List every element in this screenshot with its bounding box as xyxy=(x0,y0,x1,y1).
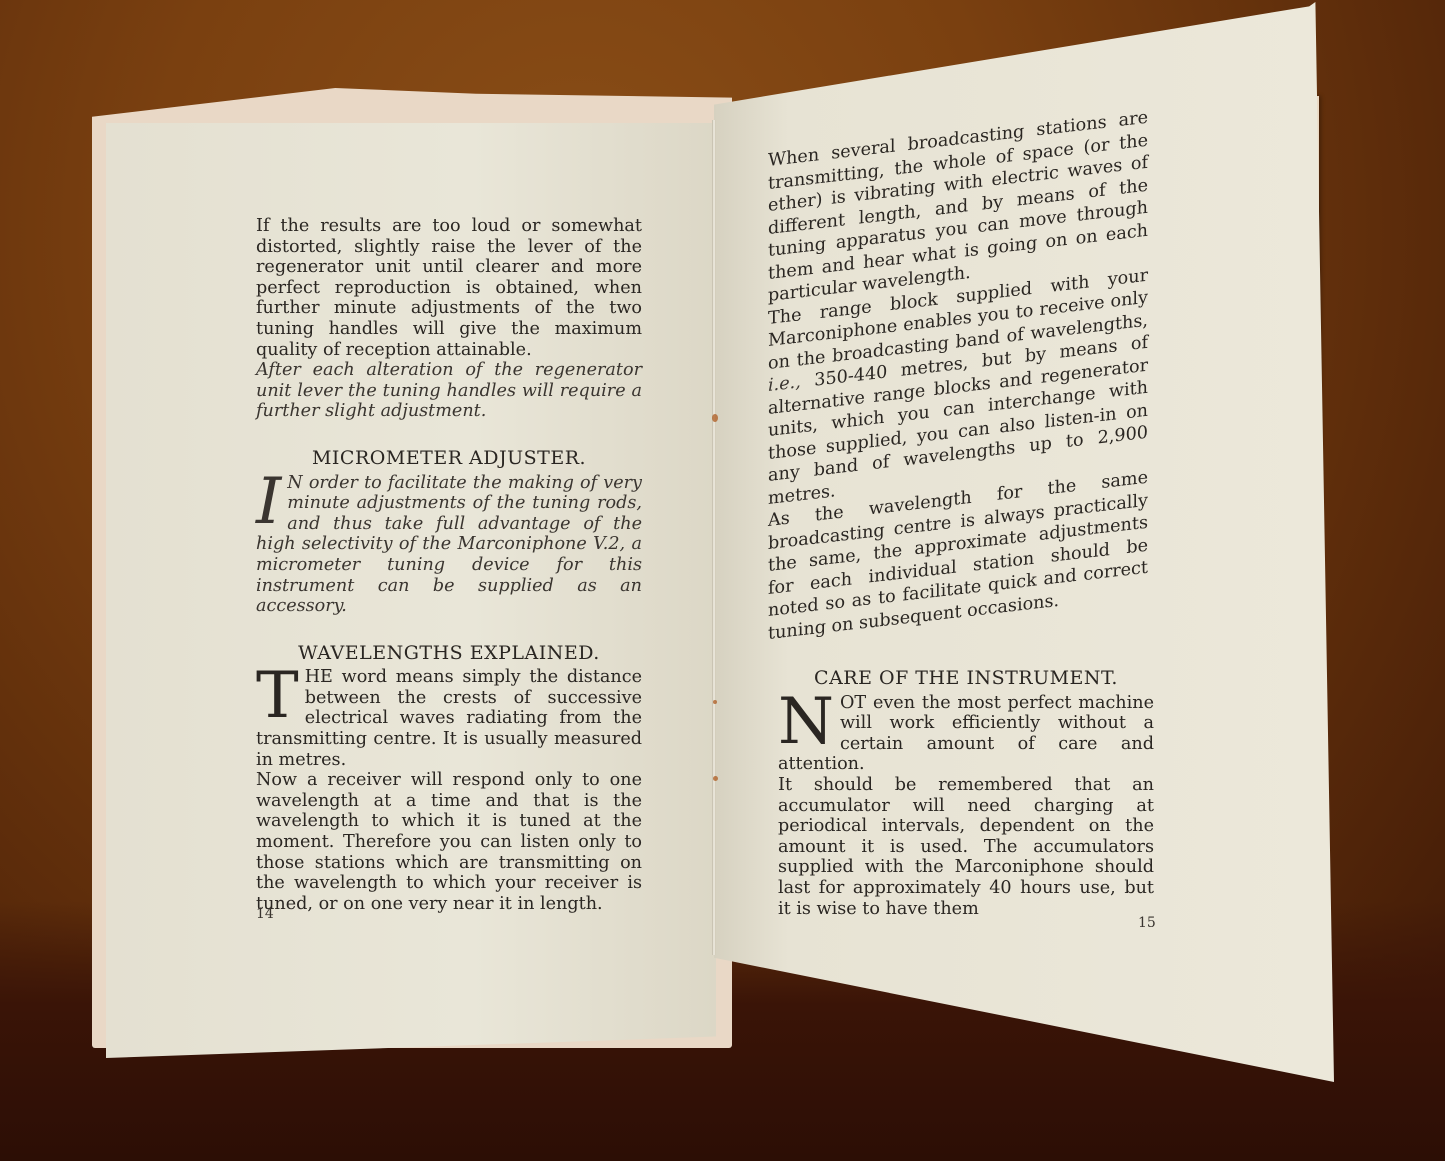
dropcap-letter: N xyxy=(778,696,834,748)
care-paragraph: NOT even the most perfect machine will w… xyxy=(778,693,1154,775)
accumulator-paragraph: It should be remembered that an accumula… xyxy=(778,775,1154,919)
foxing-spot xyxy=(713,700,717,704)
right-page-text-top: When several broadcasting stations are t… xyxy=(768,107,1148,645)
dropcap-letter: T xyxy=(256,670,299,722)
wavelengths-paragraph: THE word means simply the distance betwe… xyxy=(256,667,642,770)
heading-micrometer-adjuster: Micrometer Adjuster. xyxy=(256,448,642,469)
paragraph-body: order to facilitate the making of very m… xyxy=(256,473,642,617)
right-page-text-bottom: Care of the Instrument. NOT even the mos… xyxy=(778,668,1154,919)
paragraph-body: even the most perfect machine will work … xyxy=(778,693,1154,775)
book-gutter xyxy=(712,120,716,955)
text-span-italic: i.e., xyxy=(768,372,801,396)
dropcap-letter: I xyxy=(256,476,281,528)
intro-note: After each alteration of the regenerator… xyxy=(256,360,642,422)
intro-paragraph: If the results are too loud or somewhat … xyxy=(256,216,642,360)
page-number-right: 15 xyxy=(1138,915,1156,931)
heading-wavelengths-explained: Wavelengths Explained. xyxy=(256,643,642,664)
heading-care-of-instrument: Care of the Instrument. xyxy=(778,668,1154,689)
page-number-left: 14 xyxy=(256,906,274,922)
lead-letters: OT xyxy=(840,693,866,713)
wavelengths-paragraph-2: Now a receiver will respond only to one … xyxy=(256,770,642,914)
lead-letters: HE xyxy=(305,667,333,687)
left-page-text: If the results are too loud or somewhat … xyxy=(256,216,642,914)
lead-letters: N xyxy=(287,473,302,493)
micrometer-paragraph: IN order to facilitate the making of ver… xyxy=(256,473,642,617)
foxing-spot xyxy=(712,414,718,422)
foxing-spot xyxy=(713,776,718,781)
